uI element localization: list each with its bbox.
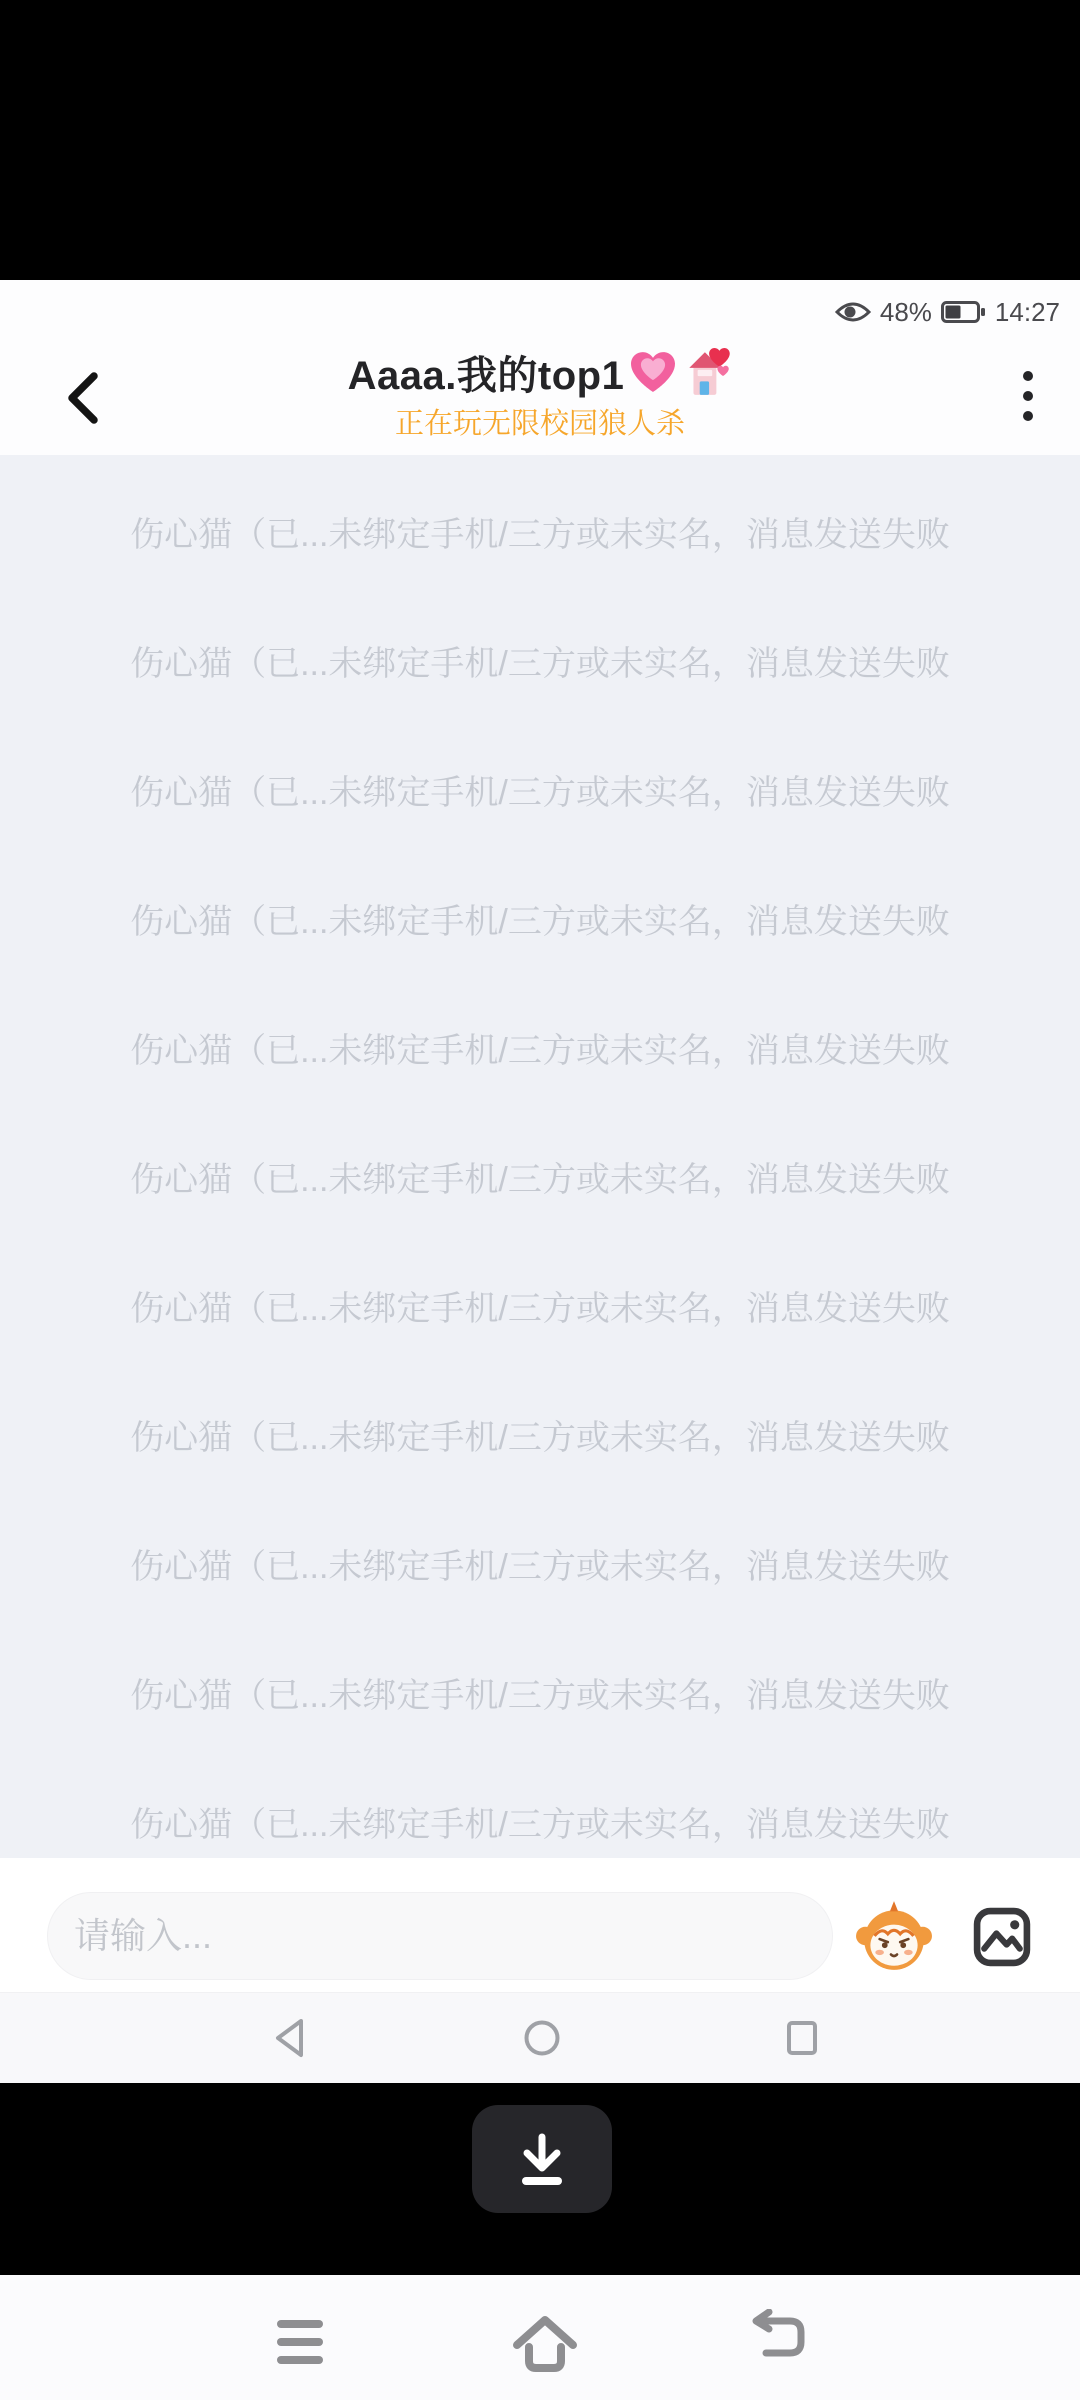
chat-title-row: Aaaa.我的top1 xyxy=(0,344,1080,400)
return-arrow-icon[interactable] xyxy=(752,2309,806,2357)
sticker-emoji-icon xyxy=(855,1901,933,1973)
chat-message: 伤心猫（已...未绑定手机/三方或未实名，消息发送失败 xyxy=(130,1547,950,1587)
eye-protection-icon xyxy=(835,300,871,324)
chat-message: 伤心猫（已...未绑定手机/三方或未实名，消息发送失败 xyxy=(130,902,950,942)
chat-message: 伤心猫（已...未绑定手机/三方或未实名，消息发送失败 xyxy=(130,1160,950,1200)
battery-percent: 48% xyxy=(880,297,932,328)
menu-lines-icon[interactable] xyxy=(276,2318,324,2366)
top-letterbox xyxy=(0,0,1080,280)
chat-message: 伤心猫（已...未绑定手机/三方或未实名，消息发送失败 xyxy=(130,1289,950,1329)
gesture-nav-bar xyxy=(0,2275,1080,2400)
chat-message: 伤心猫（已...未绑定手机/三方或未实名，消息发送失败 xyxy=(130,515,950,555)
download-button[interactable] xyxy=(472,2105,612,2213)
chat-title: Aaaa.我的top1 xyxy=(348,344,625,401)
status-bar: 6 48% 14:27 xyxy=(0,280,1080,344)
battery-icon xyxy=(941,300,986,324)
nav-recents-square-icon[interactable] xyxy=(786,2020,818,2056)
nav-home-circle-icon[interactable] xyxy=(523,2019,561,2057)
chat-message: 伤心猫（已...未绑定手机/三方或未实名，消息发送失败 xyxy=(130,1805,950,1845)
chat-message: 伤心猫（已...未绑定手机/三方或未实名，消息发送失败 xyxy=(130,644,950,684)
download-icon xyxy=(512,2129,572,2189)
more-menu-button[interactable] xyxy=(1000,362,1056,434)
wedding-house-emoji xyxy=(682,347,732,397)
message-input[interactable] xyxy=(47,1892,833,1980)
photo-button[interactable] xyxy=(972,1907,1032,1969)
emoji-sticker-button[interactable] xyxy=(854,1901,934,1975)
chat-message: 伤心猫（已...未绑定手机/三方或未实名，消息发送失败 xyxy=(130,1031,950,1071)
photo-icon xyxy=(973,1907,1031,1967)
chat-area: 伤心猫（已...未绑定手机/三方或未实名，消息发送失败伤心猫（已...未绑定手机… xyxy=(0,455,1080,1858)
inner-nav-bar xyxy=(0,1992,1080,2083)
chat-header: Aaaa.我的top1 正在玩无限校园狼人杀 xyxy=(0,344,1080,455)
chat-message: 伤心猫（已...未绑定手机/三方或未实名，消息发送失败 xyxy=(130,1676,950,1716)
more-vertical-icon xyxy=(1022,369,1034,427)
chat-subtitle: 正在玩无限校园狼人杀 xyxy=(0,401,1080,442)
nav-back-triangle-icon[interactable] xyxy=(273,2017,305,2059)
status-time: 14:27 xyxy=(995,297,1060,328)
chat-message: 伤心猫（已...未绑定手机/三方或未实名，消息发送失败 xyxy=(130,773,950,813)
phone-screen: 6 48% 14:27 Aaaa.我的top1 xyxy=(0,0,1080,2400)
home-house-icon[interactable] xyxy=(512,2311,578,2373)
growing-heart-emoji xyxy=(631,352,675,392)
chat-message: 伤心猫（已...未绑定手机/三方或未实名，消息发送失败 xyxy=(130,1418,950,1458)
